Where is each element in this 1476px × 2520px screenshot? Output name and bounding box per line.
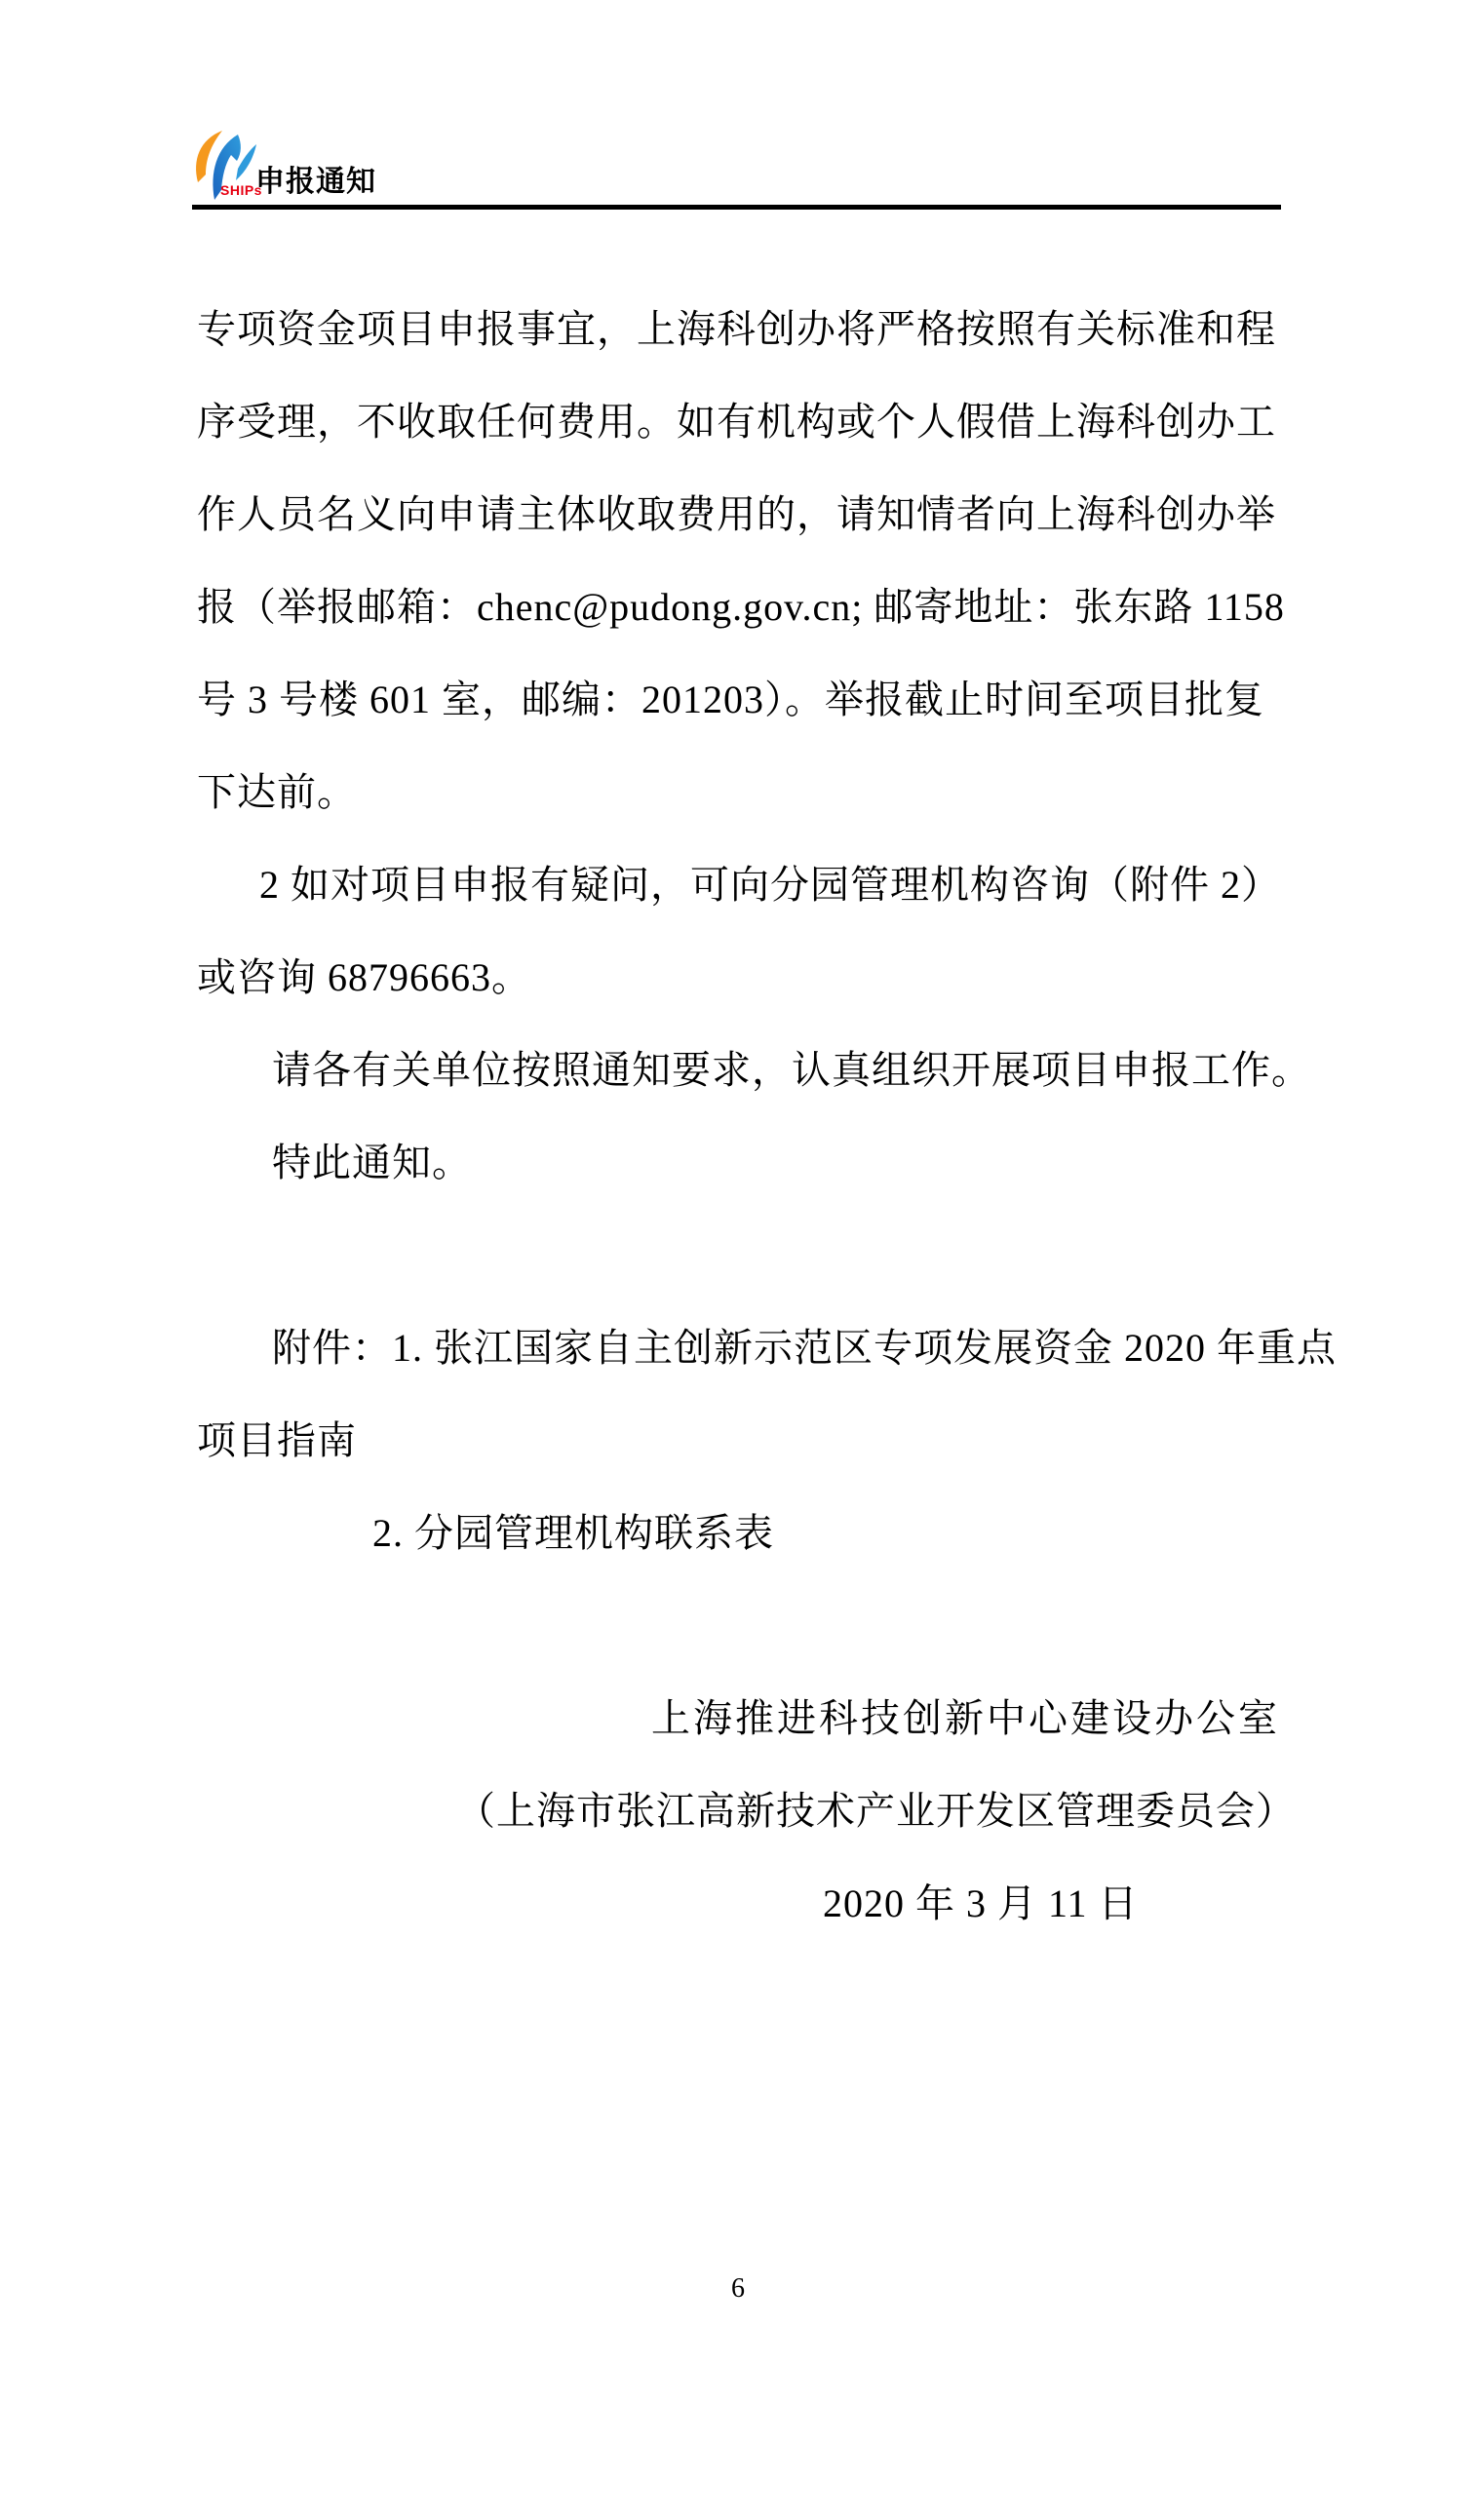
page-number: 6 [0, 2272, 1476, 2306]
blank-line [197, 1579, 1308, 1672]
body-line: 请各有关单位按照通知要求，认真组织开展项目申报工作。 [197, 1024, 1308, 1116]
document-body: 专项资金项目申报事宜，上海科创办将严格按照有关标准和程 序受理，不收取任何费用。… [197, 283, 1308, 1950]
body-line: 下达前。 [197, 746, 1308, 838]
body-line: 专项资金项目申报事宜，上海科创办将严格按照有关标准和程 [197, 283, 1308, 375]
attachment-line-1: 附件：1. 张江国家自主创新示范区专项发展资金 2020 年重点 [197, 1301, 1308, 1394]
body-line-closing: 特此通知。 [197, 1116, 1308, 1209]
ships-logo: SHIPs [192, 128, 260, 204]
body-line-email: 报（举报邮箱：chenc@pudong.gov.cn; 邮寄地址：张东路 115… [197, 561, 1308, 653]
blank-line [197, 1209, 1308, 1301]
signature-organization: 上海推进科技创新中心建设办公室 [197, 1672, 1308, 1764]
attachment-line-1-wrap: 项目指南 [197, 1394, 1308, 1487]
signature-committee: （上海市张江高新技术产业开发区管理委员会） [197, 1764, 1308, 1857]
body-line-clause-2: 2 如对项目申报有疑问，可向分园管理机构咨询（附件 2） [197, 838, 1308, 931]
body-line: 号 3 号楼 601 室，邮编：201203）。举报截止时间至项目批复 [197, 653, 1308, 746]
doc-type-label: 申报通知 [255, 166, 376, 199]
body-line: 序受理，不收取任何费用。如有机构或个人假借上海科创办工 [197, 375, 1308, 468]
header-rule [192, 205, 1281, 210]
attachment-line-2: 2. 分园管理机构联系表 [197, 1487, 1308, 1579]
signature-date: 2020 年 3 月 11 日 [197, 1857, 1308, 1950]
document-page: SHIPs 申报通知 专项资金项目申报事宜，上海科创办将严格按照有关标准和程 序… [0, 0, 1476, 2520]
body-line: 或咨询 68796663。 [197, 931, 1308, 1024]
body-line: 作人员名义向申请主体收取费用的，请知情者向上海科创办举 [197, 468, 1308, 561]
